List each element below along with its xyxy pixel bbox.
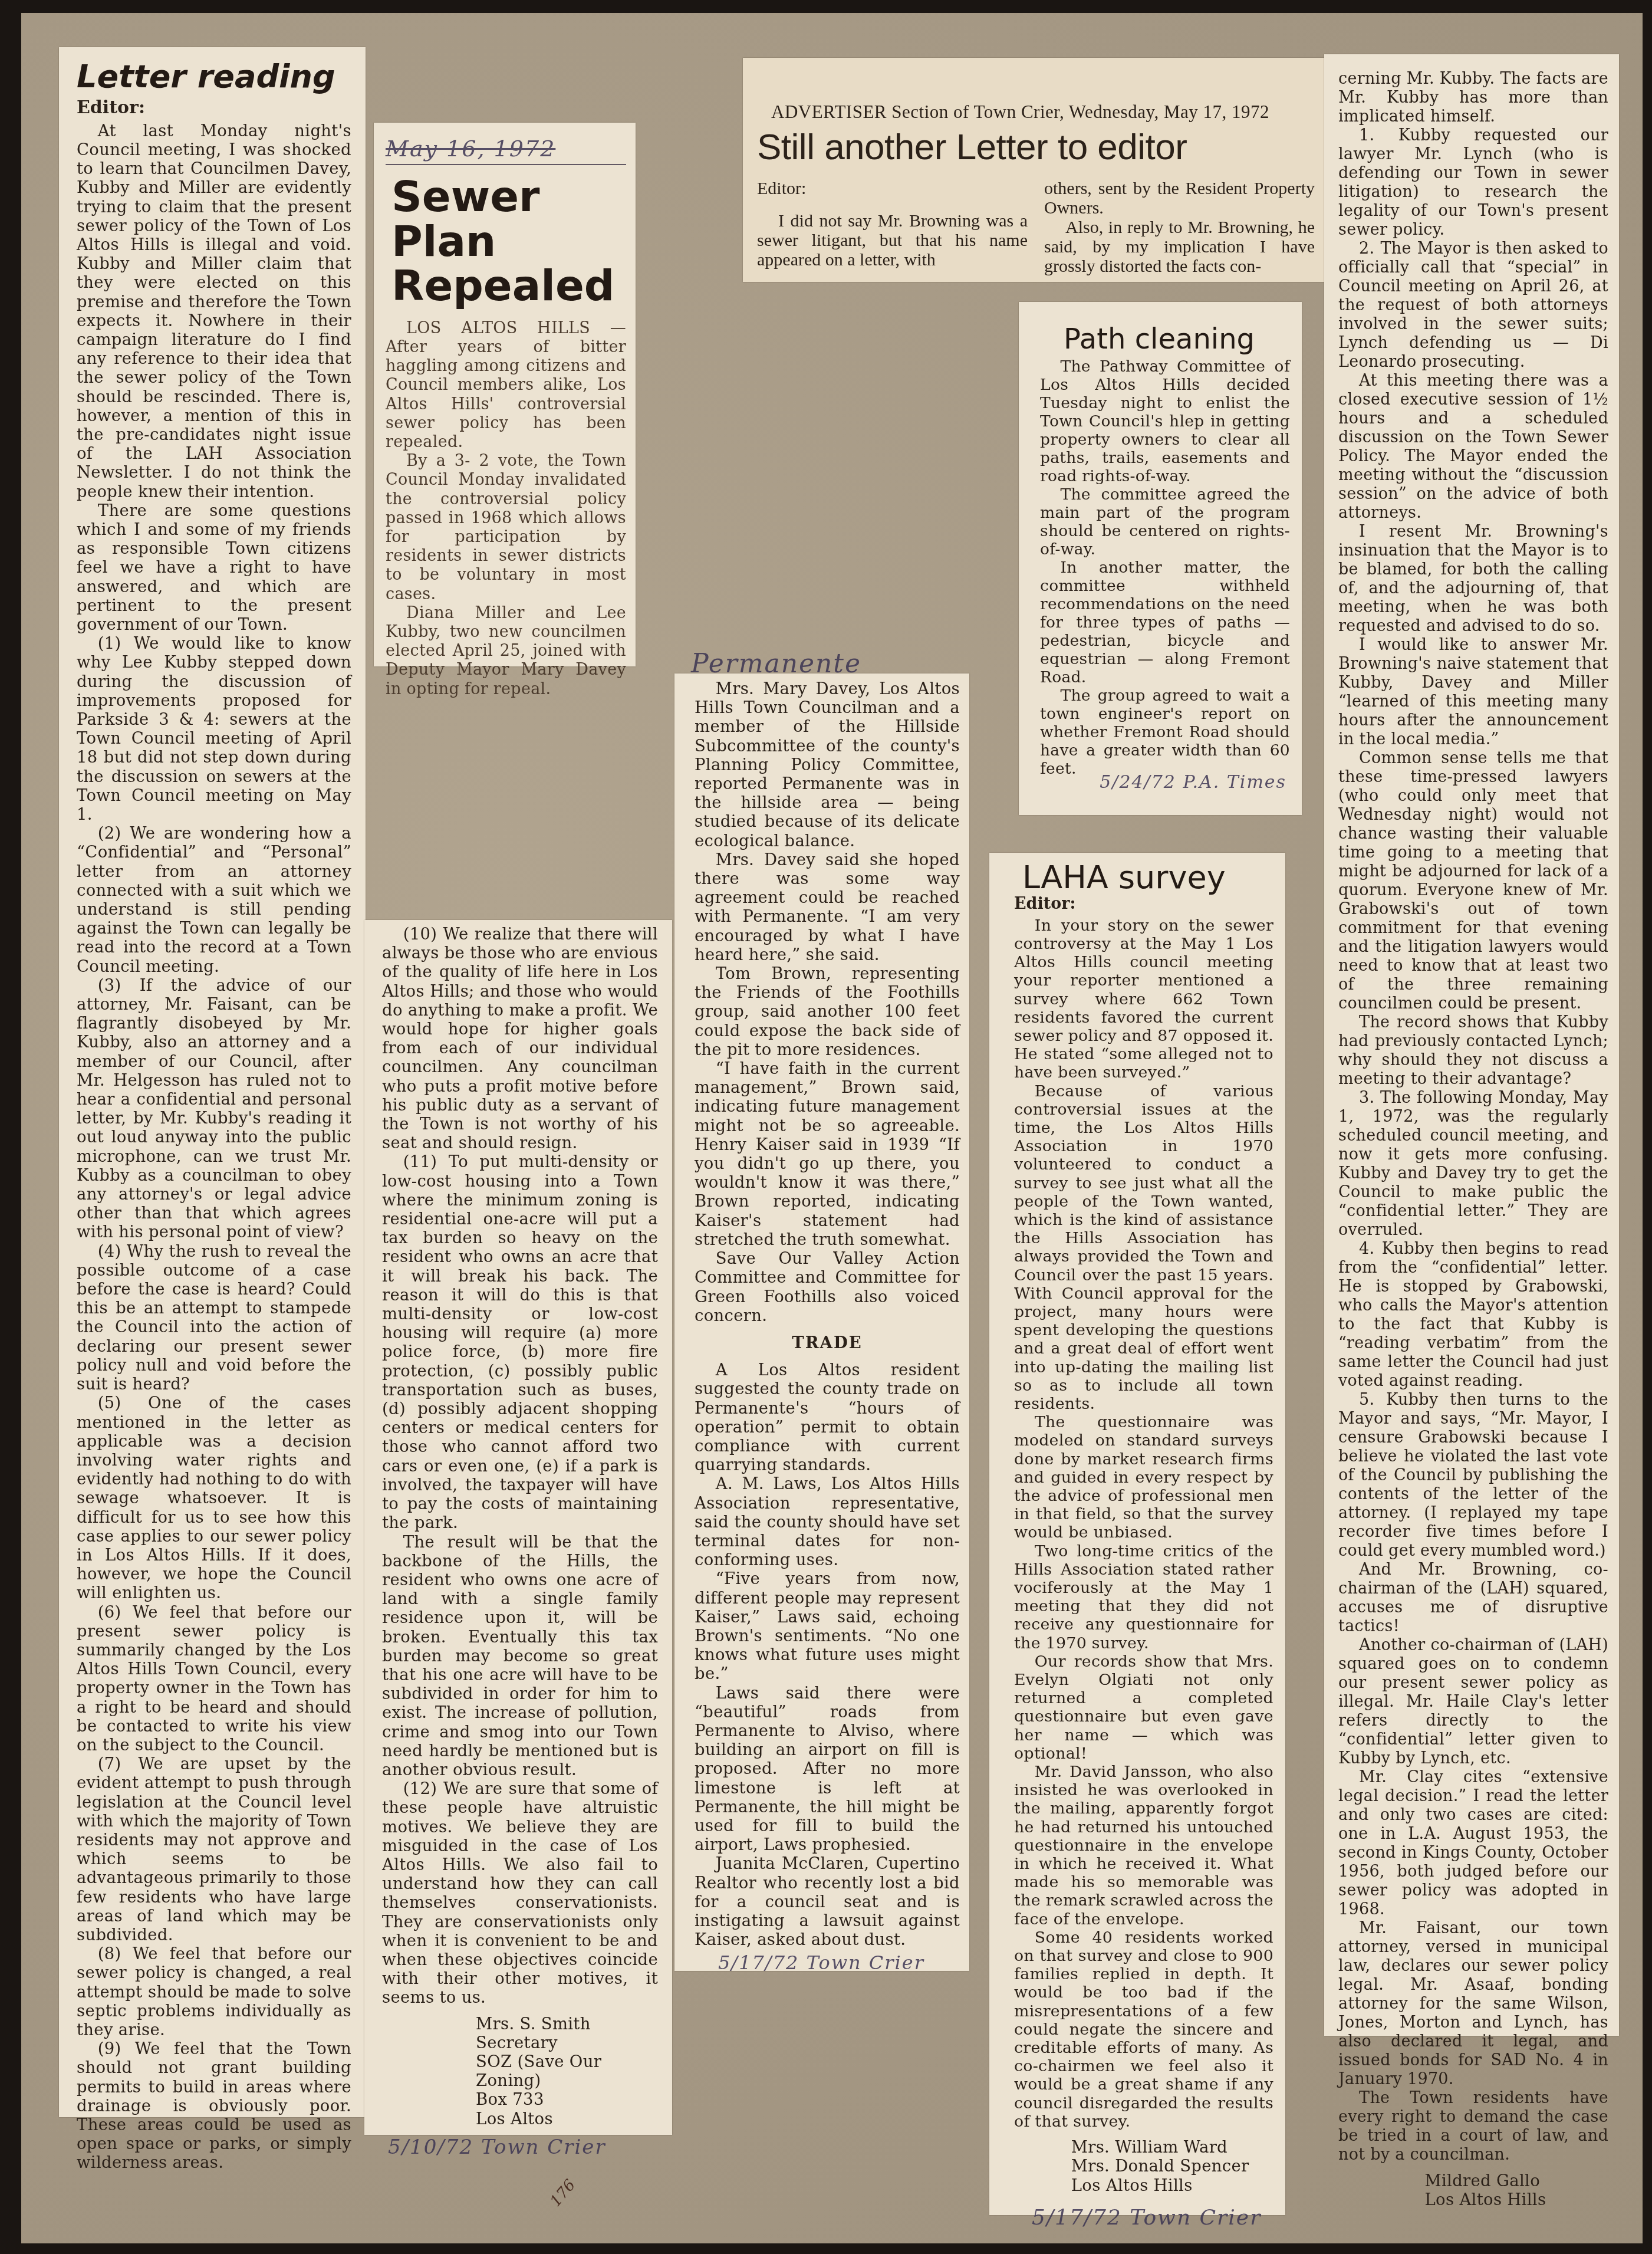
letter-reading-headline: Letter reading (77, 60, 351, 94)
still-another-col1: I did not say Mr. Browning was a sewer l… (757, 211, 1028, 270)
signature-line: Box 733 (476, 2090, 658, 2109)
still-another-col2-p1: others, sent by the Resident Property Ow… (1044, 179, 1315, 218)
path-cleaning-headline: Path cleaning (1040, 324, 1290, 354)
laha-survey-salutation: Editor: (1014, 895, 1273, 913)
paragraph: “I have faith in the current management,… (695, 1059, 960, 1249)
paragraph: The Town residents have every right to d… (1338, 2089, 1608, 2164)
paragraph: (1) We would like to know why Lee Kubby … (77, 634, 351, 824)
handwritten-source-note: 5/17/72 Town Crier (1014, 2206, 1273, 2230)
paragraph: cerning Mr. Kubby. The facts are Mr. Kub… (1338, 70, 1608, 126)
paragraph: I resent Mr. Browning's insinuation that… (1338, 523, 1608, 636)
paragraph: (2) We are wondering how a “Confidential… (77, 824, 351, 976)
trade-subhead: TRADE (695, 1333, 960, 1352)
handwritten-source-note: 5/24/72 P.A. Times (1040, 772, 1290, 793)
paragraph: There are some questions which I and som… (77, 501, 351, 634)
signature-line: Los Altos Hills (1071, 2176, 1273, 2195)
paragraph: Two long-time critics of the Hills Assoc… (1014, 1542, 1273, 1652)
sewer-plan-headline-2: Repealed (386, 264, 626, 308)
paragraph: (6) We feel that before our present sewe… (77, 1603, 351, 1755)
dateline: ADVERTISER Section of Town Crier, Wednes… (757, 101, 1315, 123)
still-another-salutation: Editor: (757, 179, 1028, 198)
still-another-col2-p2: Also, in reply to Mr. Browning, he said,… (1044, 218, 1315, 276)
paragraph: At last Monday night's Council meeting, … (77, 121, 351, 501)
paragraph: Mr. Clay cites “extensive legal decision… (1338, 1768, 1608, 1919)
paragraph: Because of various controversial issues … (1014, 1082, 1273, 1414)
paragraph: A. M. Laws, Los Altos Hills Association … (695, 1474, 960, 1569)
handwritten-date: May 16, 1972 (386, 136, 626, 165)
letter-reading-signature: Mrs. S. SmithSecretarySOZ (Save Our Zoni… (382, 2015, 658, 2128)
paragraph: And Mr. Browning, co-chairman of the (LA… (1338, 1560, 1608, 1636)
paragraph: (9) We feel that the Town should not gra… (77, 2039, 351, 2172)
letter-reading-continuation-body: (10) We realize that there will always b… (382, 925, 658, 2007)
paragraph: 1. Kubby requested our lawyer Mr. Lynch … (1338, 126, 1608, 239)
signature-line: Mrs. S. Smith (476, 2015, 658, 2033)
letter-reading-continuation: (10) We realize that there will always b… (364, 920, 672, 2135)
paragraph: Our records show that Mrs. Evelyn Olgiat… (1014, 1652, 1273, 1763)
paragraph: Laws said there were “beautiful” roads f… (695, 1684, 960, 1855)
paragraph: 4. Kubby then begins to read from the “c… (1338, 1240, 1608, 1391)
paragraph: Mrs. Mary Davey, Los Altos Hills Town Co… (695, 679, 960, 850)
permanente-body: Mrs. Mary Davey, Los Altos Hills Town Co… (695, 679, 960, 1325)
paragraph: (7) We are upset by the evident attempt … (77, 1754, 351, 1944)
sewer-plan-headline-1: Sewer Plan (386, 175, 626, 264)
letter-reading-body: At last Monday night's Council meeting, … (77, 121, 351, 2173)
signature-line: Los Altos (476, 2110, 658, 2128)
paragraph: I would like to answer Mr. Browning's na… (1338, 636, 1608, 749)
paragraph: (8) We feel that before our sewer policy… (77, 1944, 351, 2039)
paragraph: (12) We are sure that some of these peop… (382, 1779, 658, 2007)
paragraph: At this meeting there was a closed execu… (1338, 372, 1608, 523)
laha-survey-body: In your story on the sewer controversy a… (1014, 916, 1273, 2131)
paragraph: (5) One of the cases mentioned in the le… (77, 1394, 351, 1602)
signature-line: Mrs. Donald Spencer (1071, 2157, 1273, 2176)
handwritten-page-number: 176 (547, 2176, 579, 2210)
paragraph: The group agreed to wait a town engineer… (1040, 686, 1290, 778)
paragraph: Common sense tells me that these time-pr… (1338, 749, 1608, 1013)
laha-survey-clipping: LAHA survey Editor: In your story on the… (989, 853, 1285, 2215)
handwritten-source-note: 5/17/72 Town Crier (695, 1951, 960, 1974)
path-cleaning-body: The Pathway Committee of Los Altos Hills… (1040, 357, 1290, 778)
paragraph: In another matter, the committee withhel… (1040, 558, 1290, 686)
paragraph: 2. The Mayor is then asked to officially… (1338, 239, 1608, 372)
paragraph: Juanita McClaren, Cupertino Realtor who … (695, 1854, 960, 1949)
handwritten-source-note: 5/10/72 Town Crier (382, 2135, 658, 2159)
paragraph: Some 40 residents worked on that survey … (1014, 1928, 1273, 2131)
paragraph: Mrs. Davey said she hoped there was some… (695, 850, 960, 964)
still-another-headline: Still another Letter to editor (757, 126, 1315, 168)
paragraph: The Pathway Committee of Los Altos Hills… (1040, 357, 1290, 485)
paragraph: Mr. David Jansson, who also insisted he … (1014, 1763, 1273, 1928)
sewer-plan-body: LOS ALTOS HILLS — After years of bitter … (386, 319, 626, 699)
paragraph: A Los Altos resident suggested the count… (695, 1361, 960, 1474)
letter-reading-clipping: Letter reading Editor: At last Monday ni… (59, 47, 366, 2117)
signature-line: Mildred Gallo (1425, 2171, 1608, 2190)
paragraph: 5. Kubby then turns to the Mayor and say… (1338, 1391, 1608, 1560)
trade-body: A Los Altos resident suggested the count… (695, 1361, 960, 1949)
paragraph: By a 3- 2 vote, the Town Council Monday … (386, 452, 626, 604)
path-cleaning-clipping: Path cleaning The Pathway Committee of L… (1019, 302, 1302, 815)
paragraph: The result will be that the backbone of … (382, 1533, 658, 1780)
paragraph: 3. The following Monday, May 1, 1972, wa… (1338, 1089, 1608, 1240)
signature-line: Mrs. William Ward (1071, 2138, 1273, 2157)
gallo-letter-body: cerning Mr. Kubby. The facts are Mr. Kub… (1338, 70, 1608, 2164)
paragraph: Mr. Faisant, our town attorney, versed i… (1338, 1919, 1608, 2089)
paragraph: “Five years from now, different people m… (695, 1569, 960, 1683)
signature-line: Secretary (476, 2033, 658, 2052)
laha-survey-headline: LAHA survey (1014, 861, 1273, 895)
gallo-letter-clipping: cerning Mr. Kubby. The facts are Mr. Kub… (1324, 54, 1619, 2036)
paragraph: The committee agreed the main part of th… (1040, 485, 1290, 558)
paragraph: In your story on the sewer controversy a… (1014, 916, 1273, 1082)
paragraph: Diana Miller and Lee Kubby, two new coun… (386, 604, 626, 699)
paragraph: Save Our Valley Action Committee and Com… (695, 1249, 960, 1325)
letter-reading-salutation: Editor: (77, 97, 351, 118)
signature-line: Los Altos Hills (1425, 2190, 1608, 2209)
sewer-plan-clipping: May 16, 1972 Sewer Plan Repealed LOS ALT… (374, 123, 636, 666)
paragraph: The record shows that Kubby had previous… (1338, 1013, 1608, 1089)
scrapbook-page: Letter reading Editor: At last Monday ni… (21, 13, 1643, 2243)
laha-survey-signature: Mrs. William WardMrs. Donald SpencerLos … (1014, 2138, 1273, 2195)
gallo-letter-signature: Mildred GalloLos Altos Hills (1338, 2171, 1608, 2209)
paragraph: Tom Brown, representing the Friends of t… (695, 964, 960, 1059)
paragraph: (3) If the advice of our attorney, Mr. F… (77, 976, 351, 1242)
permanente-clipping: Mrs. Mary Davey, Los Altos Hills Town Co… (674, 673, 969, 1971)
still-another-letter-clipping: ADVERTISER Section of Town Crier, Wednes… (743, 58, 1324, 282)
paragraph: (11) To put multi-density or low-cost ho… (382, 1152, 658, 1532)
paragraph: Another co-chairman of (LAH) squared goe… (1338, 1636, 1608, 1768)
paragraph: LOS ALTOS HILLS — After years of bitter … (386, 319, 626, 452)
paragraph: (4) Why the rush to reveal the possible … (77, 1242, 351, 1394)
paragraph: (10) We realize that there will always b… (382, 925, 658, 1152)
paragraph: The questionnaire was modeled on standar… (1014, 1413, 1273, 1542)
signature-line: SOZ (Save Our Zoning) (476, 2052, 658, 2090)
